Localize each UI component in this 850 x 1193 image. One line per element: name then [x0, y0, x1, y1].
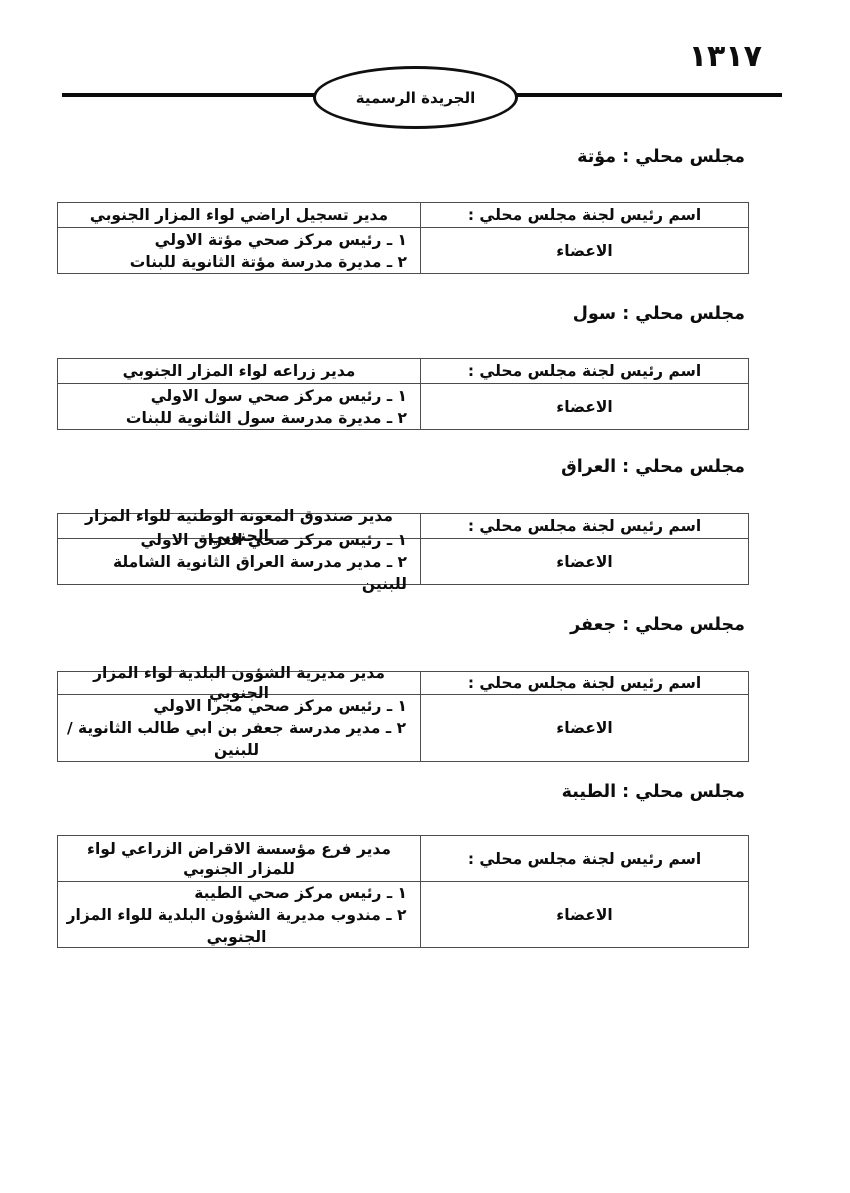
members-row: الاعضاء ١ ـ رئيس مركز صحي مؤتة الاولي ٢ …	[58, 228, 748, 273]
members-row: الاعضاء ١ ـ رئيس مركز صحي مجرا الاولي ٢ …	[58, 695, 748, 761]
council-table-iraq: اسم رئيس لجنة مجلس محلي : مدير صندوق الم…	[57, 513, 749, 585]
members-row: الاعضاء ١ ـ رئيس مركز صحي سول الاولي ٢ ـ…	[58, 384, 748, 429]
members-row: الاعضاء ١ ـ رئيس مركز صحي العراق الاولي …	[58, 539, 748, 584]
member-item: ١ ـ رئيس مركز صحي مجرا الاولي	[66, 695, 407, 717]
members-row: الاعضاء ١ ـ رئيس مركز صحي الطيبة ٢ ـ مند…	[58, 882, 748, 947]
members-label-cell: الاعضاء	[420, 384, 748, 429]
member-item: ١ ـ رئيس مركز صحي الطيبة	[66, 882, 407, 904]
chairman-row: اسم رئيس لجنة مجلس محلي : مدير مديرية ال…	[58, 672, 748, 695]
council-table-mutah: اسم رئيس لجنة مجلس محلي : مدير تسجيل ارا…	[57, 202, 749, 274]
chairman-label-cell: اسم رئيس لجنة مجلس محلي :	[420, 514, 748, 538]
members-value-cell: ١ ـ رئيس مركز صحي مؤتة الاولي ٢ ـ مديرة …	[58, 228, 420, 273]
members-label-cell: الاعضاء	[420, 882, 748, 947]
chairman-value-cell: مدير فرع مؤسسة الاقراض الزراعي لواء للمز…	[58, 836, 420, 881]
members-label-cell: الاعضاء	[420, 539, 748, 584]
gazette-banner: الجريدة الرسمية	[313, 66, 518, 129]
gazette-page: ١٣١٧ الجريدة الرسمية مجلس محلي : مؤتة اس…	[0, 0, 850, 1193]
chairman-row: اسم رئيس لجنة مجلس محلي : مدير تسجيل ارا…	[58, 203, 748, 228]
chairman-value-cell: مدير زراعه لواء المزار الجنوبي	[58, 359, 420, 383]
council-table-jaafar: اسم رئيس لجنة مجلس محلي : مدير مديرية ال…	[57, 671, 749, 762]
page-number: ١٣١٧	[689, 42, 762, 72]
members-label-cell: الاعضاء	[420, 228, 748, 273]
gazette-banner-title: الجريدة الرسمية	[356, 89, 475, 107]
section-title-sul: مجلس محلي : سول	[573, 304, 745, 324]
member-item: ١ ـ رئيس مركز صحي سول الاولي	[66, 385, 407, 407]
member-item: ١ ـ رئيس مركز صحي مؤتة الاولي	[66, 229, 407, 251]
section-title-jaafar: مجلس محلي : جعفر	[570, 615, 745, 635]
council-table-tayba: اسم رئيس لجنة مجلس محلي : مدير فرع مؤسسة…	[57, 835, 749, 948]
chairman-row: اسم رئيس لجنة مجلس محلي : مدير فرع مؤسسة…	[58, 836, 748, 882]
section-title-tayba: مجلس محلي : الطيبة	[562, 782, 745, 802]
section-title-mutah: مجلس محلي : مؤتة	[577, 147, 745, 167]
member-item: ٢ ـ مديرة مدرسة مؤتة الثانوية للبنات	[66, 251, 407, 273]
chairman-value-cell: مدير تسجيل اراضي لواء المزار الجنوبي	[58, 203, 420, 227]
chairman-label-cell: اسم رئيس لجنة مجلس محلي :	[420, 672, 748, 694]
members-value-cell: ١ ـ رئيس مركز صحي سول الاولي ٢ ـ مديرة م…	[58, 384, 420, 429]
member-item: ٢ ـ مدير مدرسة جعفر بن ابي طالب الثانوية…	[66, 717, 407, 761]
member-item: ٢ ـ مديرة مدرسة سول الثانوية للبنات	[66, 407, 407, 429]
chairman-value-cell: مدير مديرية الشؤون البلدية لواء المزار ا…	[58, 672, 420, 694]
member-item: ١ ـ رئيس مركز صحي العراق الاولي	[66, 529, 407, 551]
members-value-cell: ١ ـ رئيس مركز صحي الطيبة ٢ ـ مندوب مديري…	[58, 882, 420, 947]
chairman-label-cell: اسم رئيس لجنة مجلس محلي :	[420, 359, 748, 383]
council-table-sul: اسم رئيس لجنة مجلس محلي : مدير زراعه لوا…	[57, 358, 749, 430]
members-label-cell: الاعضاء	[420, 695, 748, 761]
section-title-iraq: مجلس محلي : العراق	[561, 457, 745, 477]
chairman-label-cell: اسم رئيس لجنة مجلس محلي :	[420, 836, 748, 881]
chairman-row: اسم رئيس لجنة مجلس محلي : مدير زراعه لوا…	[58, 359, 748, 384]
member-item: ٢ ـ مدير مدرسة العراق الثانوية الشاملة ل…	[66, 551, 407, 595]
members-value-cell: ١ ـ رئيس مركز صحي العراق الاولي ٢ ـ مدير…	[58, 539, 420, 584]
members-value-cell: ١ ـ رئيس مركز صحي مجرا الاولي ٢ ـ مدير م…	[58, 695, 420, 761]
member-item: ٢ ـ مندوب مديرية الشؤون البلدية للواء ال…	[66, 904, 407, 948]
chairman-label-cell: اسم رئيس لجنة مجلس محلي :	[420, 203, 748, 227]
